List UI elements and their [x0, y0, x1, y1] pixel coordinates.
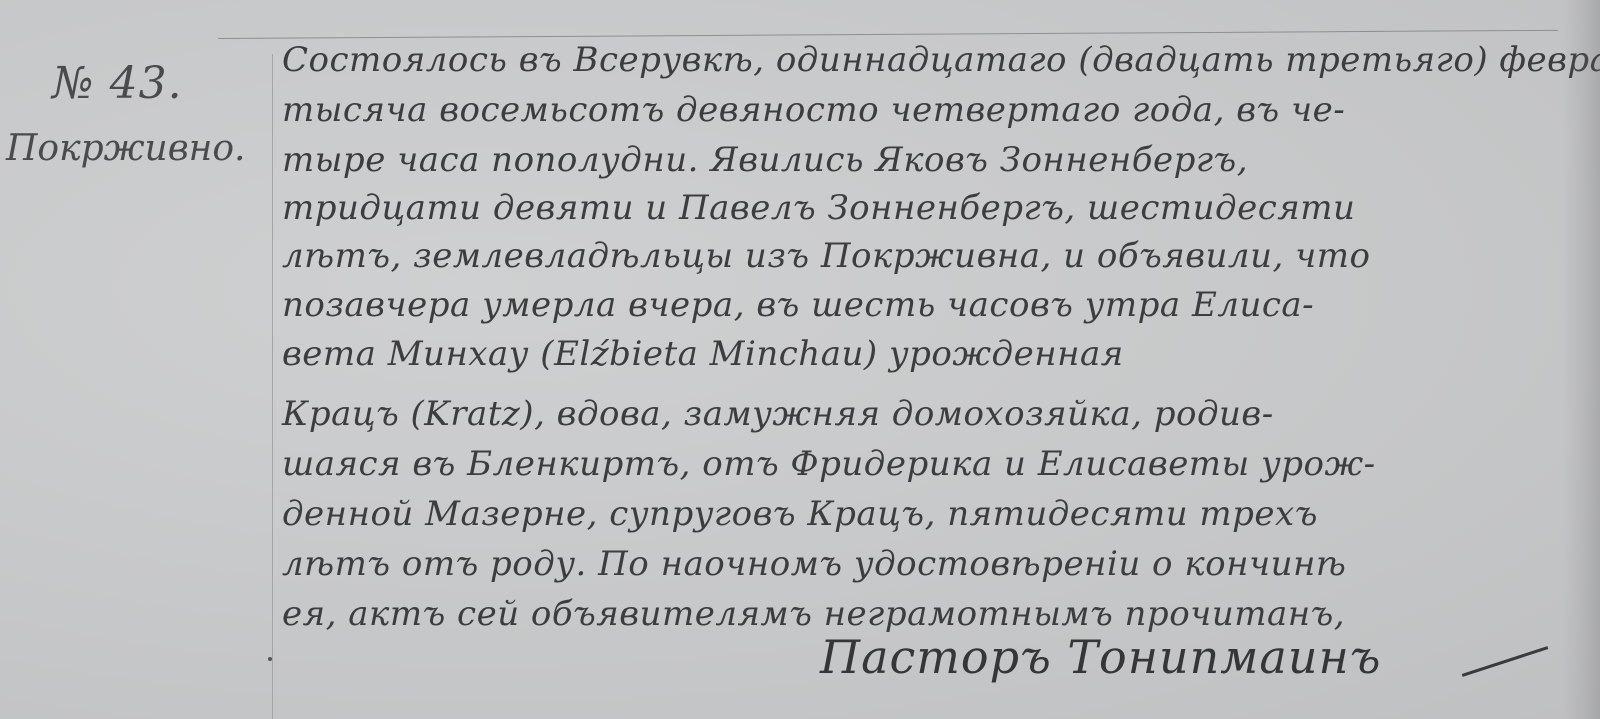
ink-dot	[268, 657, 272, 661]
record-place: Покрживно.	[6, 128, 246, 169]
margin-rule	[272, 54, 273, 719]
record-line-3: тыре часа пополудни. Явились Яковъ Зонне…	[282, 140, 1248, 180]
record-line-7: вета Минхау (Elźbieta Minchau) урожденна…	[282, 334, 1124, 374]
record-line-5: лѣтъ, землевладѣльцы изъ Покрживна, и об…	[282, 236, 1370, 276]
record-line-9: шаяся въ Бленкиртъ, отъ Фридерика и Елис…	[282, 444, 1376, 484]
pastor-signature: Пасторъ Тонипмаинъ	[820, 630, 1381, 684]
record-number: № 43.	[52, 58, 183, 109]
page-top-rule	[218, 30, 1558, 39]
record-line-1: Состоялось въ Всерувкѣ, одиннадцатаго (д…	[282, 40, 1600, 80]
record-line-4: тридцати девяти и Павелъ Зонненбергъ, ше…	[282, 188, 1355, 228]
record-line-8: Крацъ (Kratz), вдова, замужняя домохозяй…	[282, 394, 1274, 434]
scanned-document-page: № 43. Покрживно. Состоялось въ Всерувкѣ,…	[0, 0, 1600, 719]
record-line-6: позавчера умерла вчера, въ шесть часовъ …	[282, 285, 1314, 325]
record-line-11: лѣтъ отъ роду. По наочномъ удостовѣреніи…	[282, 544, 1346, 584]
record-line-10: денной Мазерне, супруговъ Крацъ, пятидес…	[282, 494, 1318, 534]
signature-flourish	[1462, 646, 1549, 677]
record-line-12: ея, актъ сей объявителямъ неграмотнымъ п…	[282, 594, 1345, 634]
record-line-2: тысяча восемьсотъ девяносто четвертаго г…	[282, 90, 1345, 130]
